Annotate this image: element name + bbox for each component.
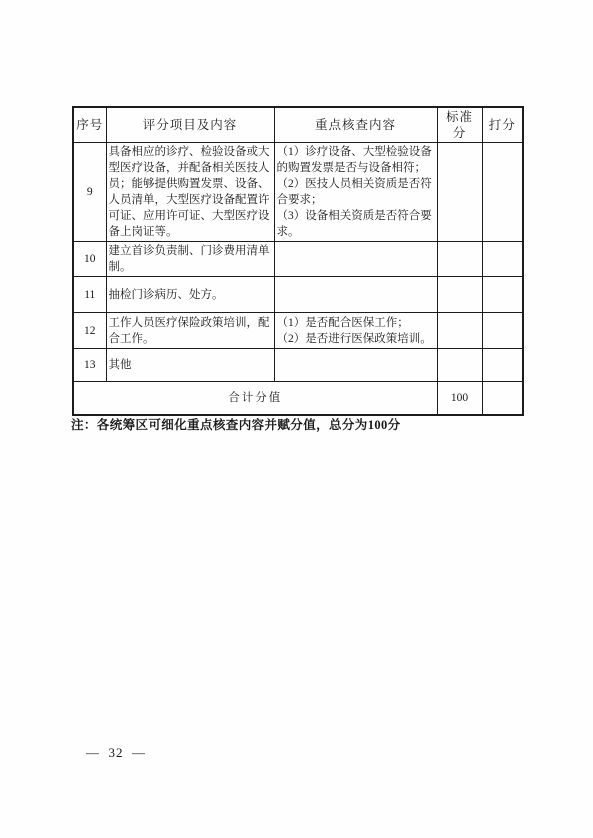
score-cell: [482, 349, 523, 382]
header-standard-score: 标准分: [437, 107, 482, 143]
item-cell: 抽检门诊病历、处方。: [106, 277, 274, 313]
table-row: 10 建立首诊负责制、门诊费用清单制。: [73, 242, 523, 277]
standard-score-cell: [437, 242, 482, 277]
item-cell: 具备相应的诊疗、检验设备或大型医疗设备，并配备相关医技人员；能够提供购置发票、设…: [106, 143, 274, 242]
standard-score-cell: [437, 313, 482, 349]
table-row: 11 抽检门诊病历、处方。: [73, 277, 523, 313]
score-cell: [482, 242, 523, 277]
score-cell: [482, 277, 523, 313]
header-key-check-content: 重点核查内容: [274, 107, 437, 143]
total-row: 合计分值 100: [73, 382, 523, 415]
row-number-cell: 13: [73, 349, 106, 382]
header-scoring-item: 评分项目及内容: [106, 107, 274, 143]
page-number: — 32 —: [86, 745, 146, 761]
footnote: 注：各统筹区可细化重点核查内容并赋分值，总分为100分: [71, 415, 401, 433]
score-cell: [482, 143, 523, 242]
table-row: 12 工作人员医疗保险政策培训，配合工作。 （1）是否配合医保工作； （2）是否…: [73, 313, 523, 349]
item-cell: 建立首诊负责制、门诊费用清单制。: [106, 242, 274, 277]
row-number-cell: 9: [73, 143, 106, 242]
table-row: 13 其他: [73, 349, 523, 382]
check-cell: [274, 349, 437, 382]
check-cell: （1）是否配合医保工作； （2）是否进行医保政策培训。: [274, 313, 437, 349]
check-cell: （1）诊疗设备、大型检验设备的购置发票是否与设备相符； （2）医技人员相关资质是…: [274, 143, 437, 242]
standard-score-cell: [437, 277, 482, 313]
item-cell: 其他: [106, 349, 274, 382]
row-number-cell: 12: [73, 313, 106, 349]
header-score: 打分: [482, 107, 523, 143]
score-table: 序号 评分项目及内容 重点核查内容 标准分 打分 9 具备相应的诊疗、检验设备或…: [72, 106, 524, 416]
total-label-cell: 合计分值: [73, 382, 437, 415]
document-page: 序号 评分项目及内容 重点核查内容 标准分 打分 9 具备相应的诊疗、检验设备或…: [0, 0, 593, 838]
table-header-row: 序号 评分项目及内容 重点核查内容 标准分 打分: [73, 107, 523, 143]
row-number-cell: 11: [73, 277, 106, 313]
check-cell: [274, 277, 437, 313]
header-serial-number: 序号: [73, 107, 106, 143]
standard-score-cell: [437, 143, 482, 242]
standard-score-cell: [437, 349, 482, 382]
check-cell: [274, 242, 437, 277]
total-score-cell: [482, 382, 523, 415]
item-cell: 工作人员医疗保险政策培训，配合工作。: [106, 313, 274, 349]
table-row: 9 具备相应的诊疗、检验设备或大型医疗设备，并配备相关医技人员；能够提供购置发票…: [73, 143, 523, 242]
total-standard-score-cell: 100: [437, 382, 482, 415]
row-number-cell: 10: [73, 242, 106, 277]
score-cell: [482, 313, 523, 349]
